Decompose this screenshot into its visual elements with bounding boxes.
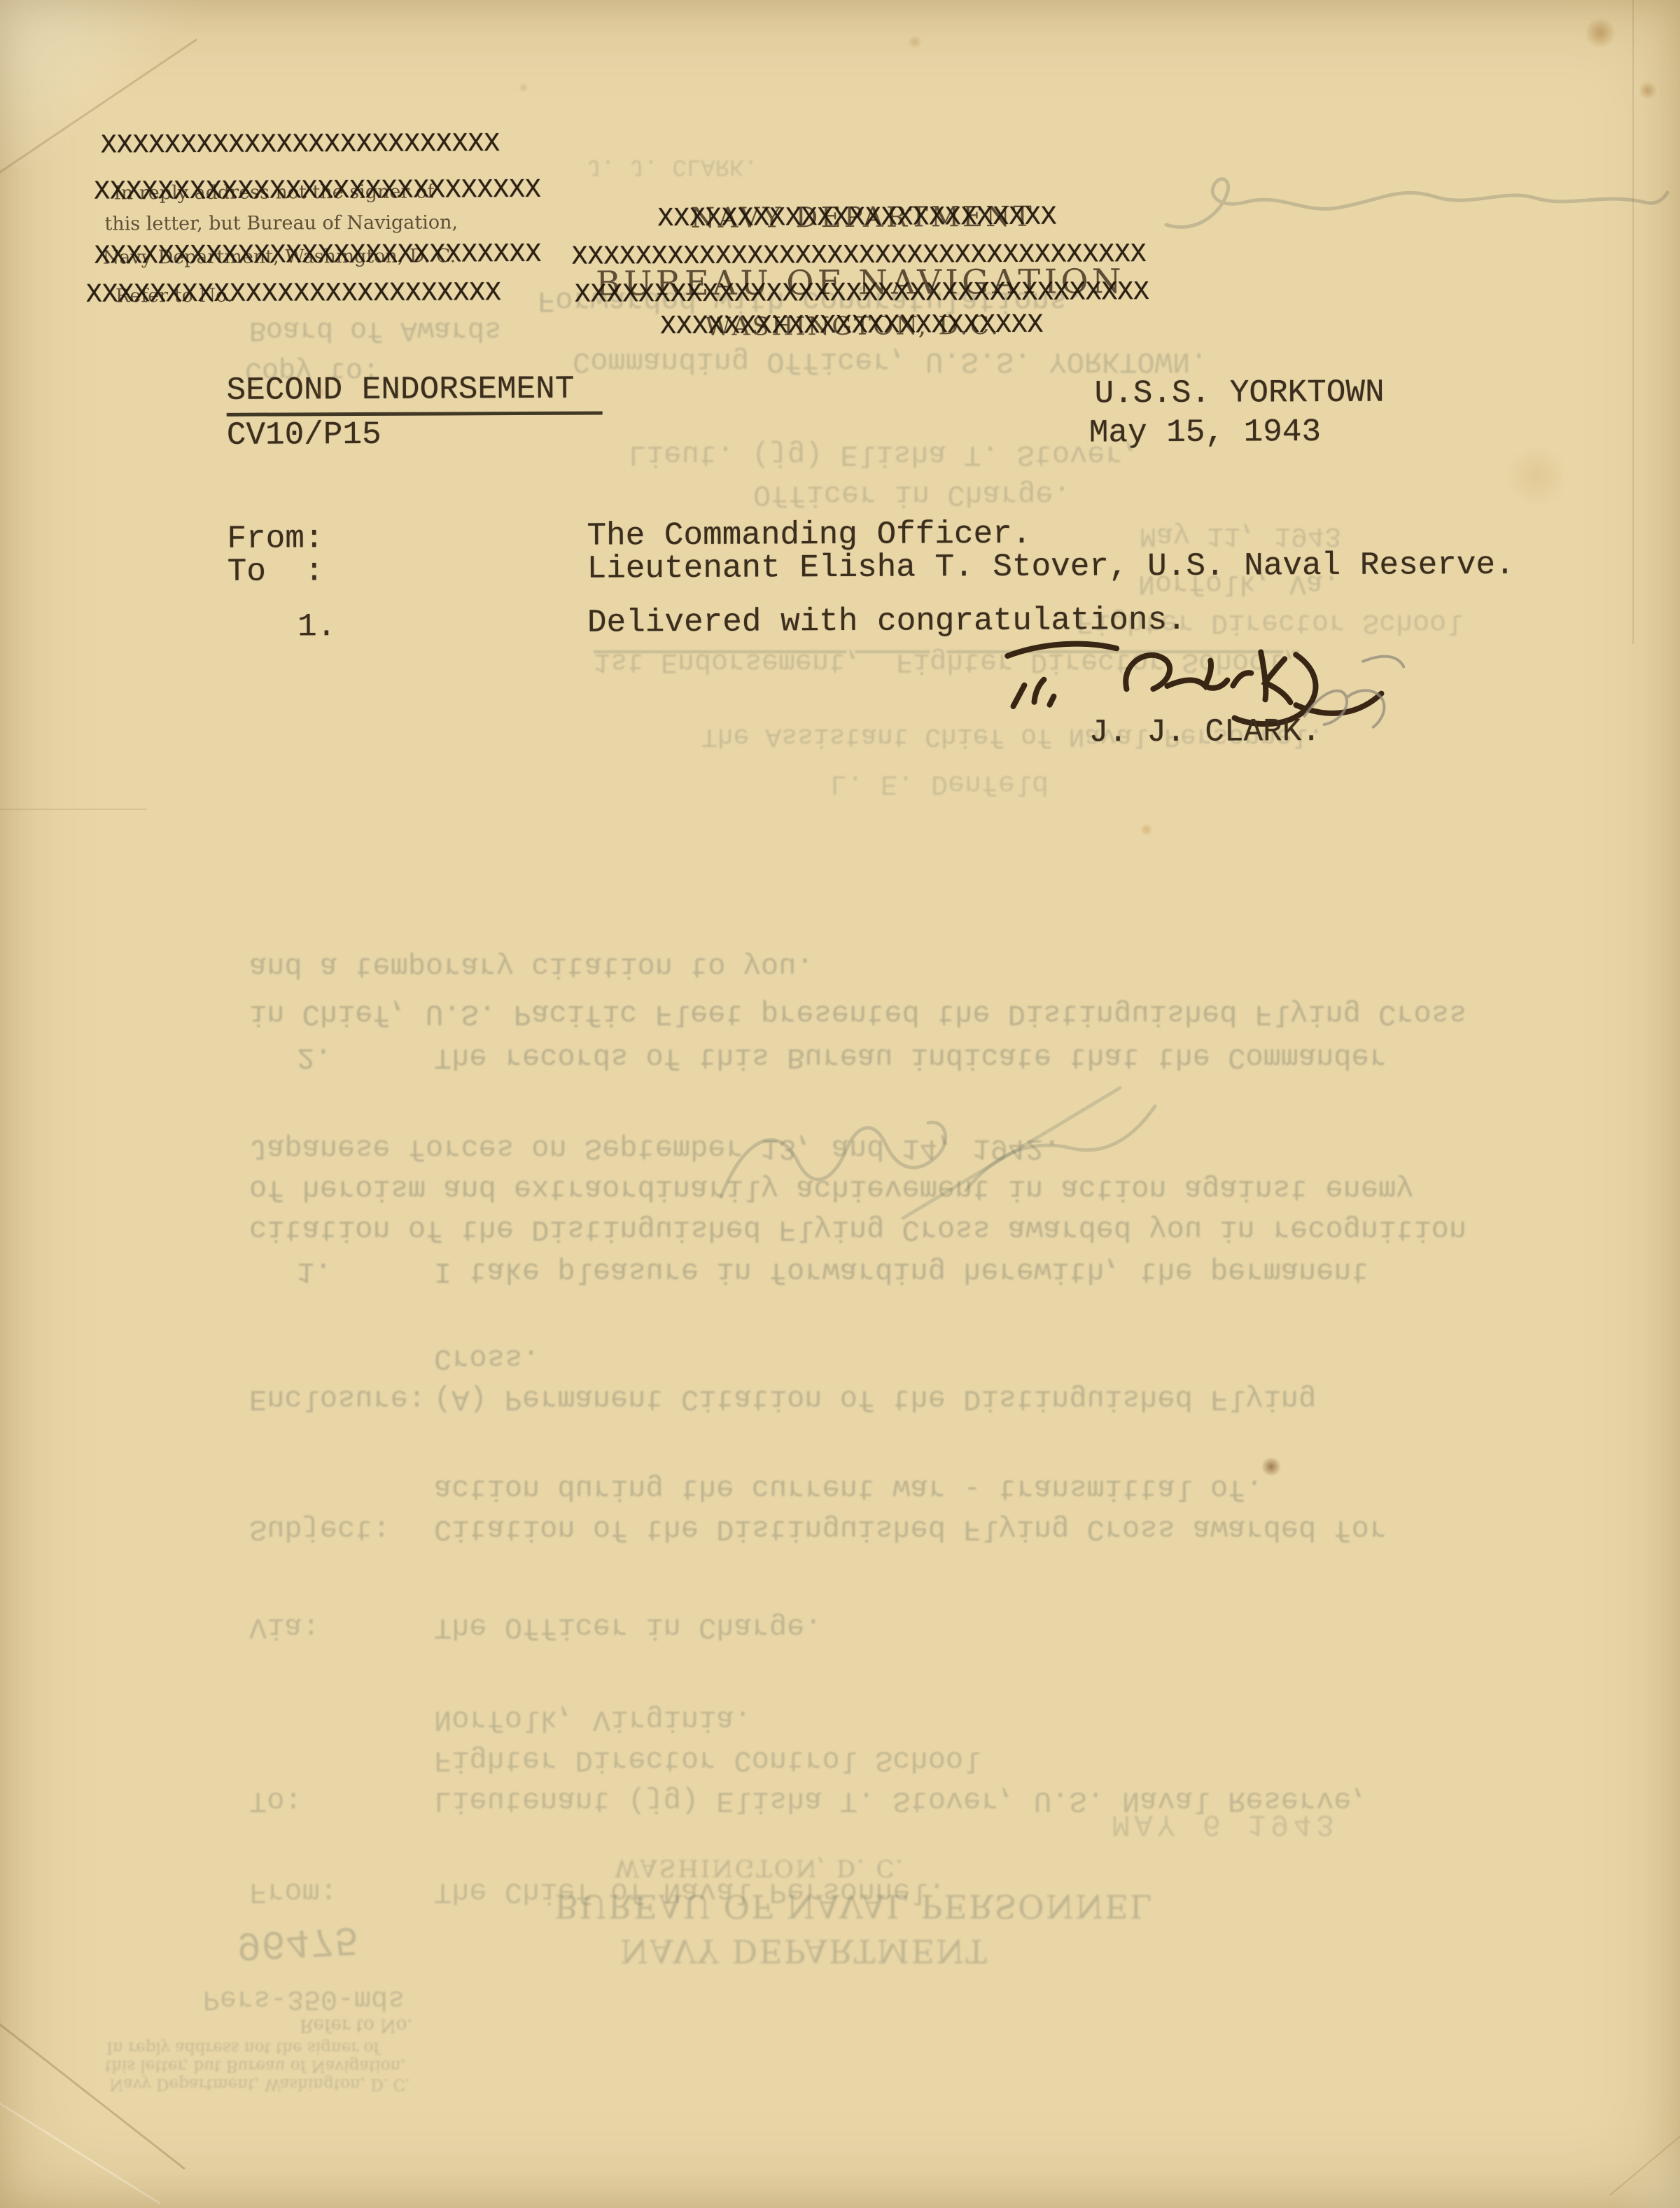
letter-date: May 15, 1943 bbox=[1089, 414, 1321, 451]
strikeout-x-row: XXXXXXXXXXXXXXXXXXXXXXXXXX bbox=[86, 278, 501, 310]
strikeout-x-row: XXXXXXXXXXXXXXXXXXXXXXXXXXXX bbox=[94, 239, 542, 272]
file-number: CV10/P15 bbox=[227, 417, 381, 454]
strikeout-x-row: XXXXXXXXXXXXXXXXXXXXXXXXXXXXXXXXXXXX bbox=[575, 277, 1149, 310]
strikeout-x-row: XXXXXXXXXXXXXXXXXXXXXXXXX bbox=[101, 129, 500, 160]
letterhead-left-line: this letter, but Bureau of Navigation, bbox=[104, 211, 458, 235]
signer-typed-name: J. J. CLARK. bbox=[1089, 713, 1321, 750]
strikeout-x-row: XXXXXXXXXXXXXXXXXXXXXXXXXXXX bbox=[94, 175, 541, 207]
paragraph-number: 1. bbox=[297, 608, 336, 645]
from-label: From: bbox=[227, 520, 323, 557]
ship-name: U.S.S. YORKTOWN bbox=[1094, 375, 1384, 412]
strikeout-x-row: XXXXXXXXXXXXXXXXXXXXXXXXXXXXXXXXXXXX bbox=[572, 239, 1147, 272]
endorsement-title: SECOND ENDORSEMENT bbox=[226, 370, 602, 416]
front-ink-layer: In reply address not the signer of this … bbox=[0, 0, 1680, 2208]
strikeout-x-row: XXXXXXXXXXXXXXXXXXXXXXXXX bbox=[657, 202, 1056, 234]
to-value: Lieutenant Elisha T. Stover, U.S. Naval … bbox=[587, 547, 1515, 587]
strikeout-x-row: XXXXXXXXXXXXXXXXXXXXXXXX bbox=[660, 310, 1043, 342]
to-label: To : bbox=[227, 553, 324, 590]
scanned-letter-page: J. J. CLARK. Board of Awards Copy to: Fo… bbox=[0, 0, 1680, 2208]
